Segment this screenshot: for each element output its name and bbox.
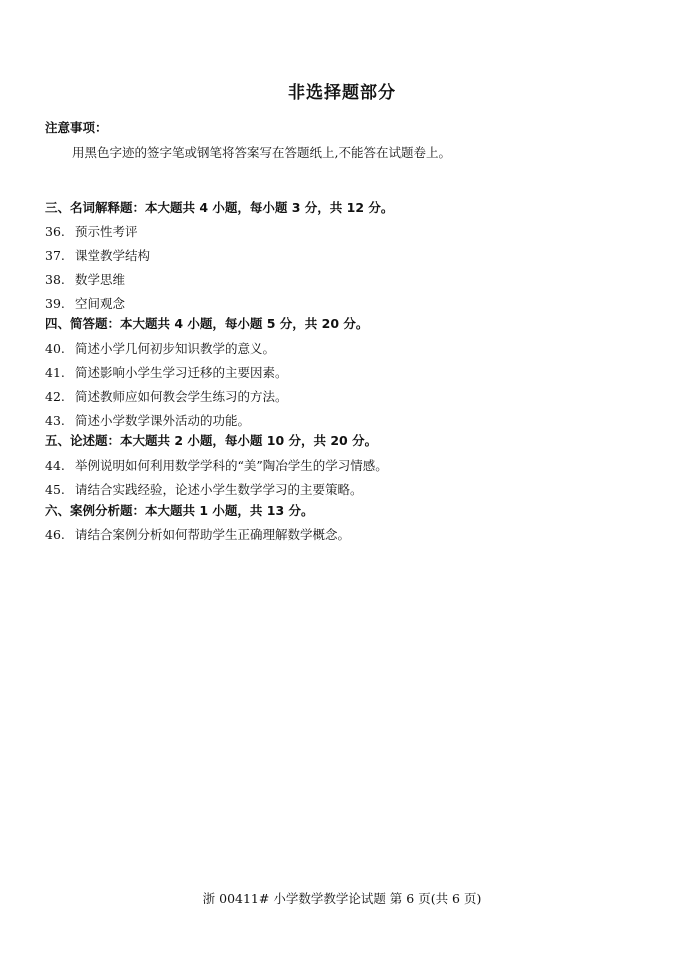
question-37: 37.课堂教学结构: [45, 246, 150, 264]
question-number: 44.: [45, 458, 75, 473]
question-40: 40.简述小学几何初步知识教学的意义。: [45, 339, 275, 357]
question-number: 40.: [45, 341, 75, 356]
notice-label: 注意事项：: [45, 118, 108, 136]
question-text: 课堂教学结构: [75, 248, 150, 263]
section-heading-4: 四、简答题：本大题共 4 小题，每小题 5 分，共 20 分。: [45, 314, 368, 332]
question-number: 45.: [45, 482, 75, 497]
question-44: 44.举例说明如何利用数学学科的“美”陶冶学生的学习情感。: [45, 456, 388, 474]
question-number: 41.: [45, 365, 75, 380]
question-text: 请结合实践经验，论述小学生数学学习的主要策略。: [75, 482, 363, 497]
question-number: 43.: [45, 413, 75, 428]
question-text: 空间观念: [75, 296, 125, 311]
question-38: 38.数学思维: [45, 270, 125, 288]
question-number: 37.: [45, 248, 75, 263]
question-text: 简述教师应如何教会学生练习的方法。: [75, 389, 288, 404]
question-text: 简述小学数学课外活动的功能。: [75, 413, 250, 428]
question-text: 数学思维: [75, 272, 125, 287]
question-text: 简述影响小学生学习迁移的主要因素。: [75, 365, 288, 380]
page-footer: 浙 00411# 小学数学教学论试题 第 6 页(共 6 页): [0, 889, 684, 907]
question-number: 36.: [45, 224, 75, 239]
question-number: 38.: [45, 272, 75, 287]
question-41: 41.简述影响小学生学习迁移的主要因素。: [45, 363, 288, 381]
question-42: 42.简述教师应如何教会学生练习的方法。: [45, 387, 288, 405]
question-43: 43.简述小学数学课外活动的功能。: [45, 411, 250, 429]
question-number: 46.: [45, 527, 75, 542]
question-number: 39.: [45, 296, 75, 311]
question-39: 39.空间观念: [45, 294, 125, 312]
notice-text: 用黑色字迹的签字笔或钢笔将答案写在答题纸上,不能答在试题卷上。: [72, 143, 451, 161]
question-text: 预示性考评: [75, 224, 138, 239]
question-text: 请结合案例分析如何帮助学生正确理解数学概念。: [75, 527, 350, 542]
page-title: 非选择题部分: [0, 78, 684, 103]
question-46: 46.请结合案例分析如何帮助学生正确理解数学概念。: [45, 525, 350, 543]
question-number: 42.: [45, 389, 75, 404]
section-heading-5: 五、论述题：本大题共 2 小题，每小题 10 分，共 20 分。: [45, 431, 377, 449]
question-text: 举例说明如何利用数学学科的“美”陶冶学生的学习情感。: [75, 458, 388, 473]
question-45: 45.请结合实践经验，论述小学生数学学习的主要策略。: [45, 480, 363, 498]
section-heading-6: 六、案例分析题：本大题共 1 小题，共 13 分。: [45, 501, 314, 519]
section-heading-3: 三、名词解释题：本大题共 4 小题，每小题 3 分，共 12 分。: [45, 198, 393, 216]
question-36: 36.预示性考评: [45, 222, 138, 240]
question-text: 简述小学几何初步知识教学的意义。: [75, 341, 275, 356]
